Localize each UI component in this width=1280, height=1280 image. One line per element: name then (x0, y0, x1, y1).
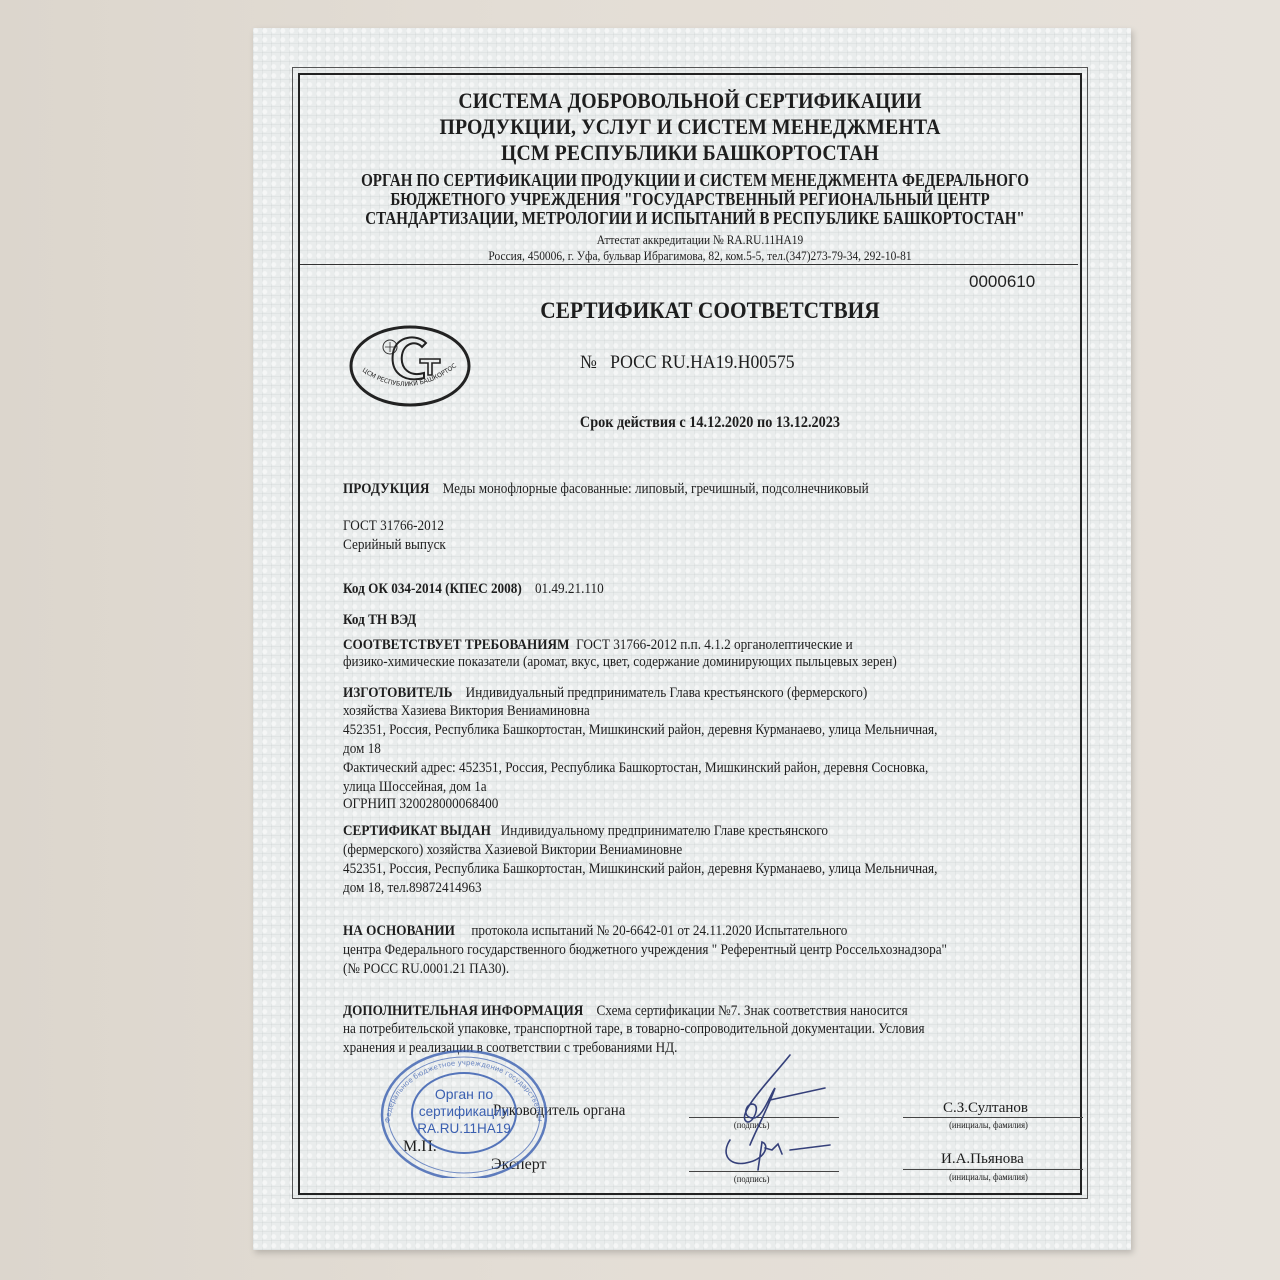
organ-line-2: БЮДЖЕТНОГО УЧРЕЖДЕНИЯ "ГОСУДАРСТВЕННЫЙ Р… (337, 189, 1042, 210)
validity-period: Срок действия с 14.12.2020 по 13.12.2023 (333, 414, 1087, 432)
okpd-code-row: Код ОК 034-2014 (КПЕС 2008) 01.49.21.110 (343, 580, 604, 599)
manufacturer-line-3: 452351, Россия, Республика Башкортостан,… (343, 721, 937, 740)
expert-name-caption: (инициалы, фамилия) (949, 1172, 1028, 1182)
expert-name-line (903, 1169, 1083, 1170)
additional-info-row: ДОПОЛНИТЕЛЬНАЯ ИНФОРМАЦИЯ Схема сертифик… (343, 1002, 908, 1021)
manufacturer-line-2: хозяйства Хазиева Виктория Вениаминовна (343, 702, 590, 721)
round-seal-icon: Федеральное бюджетное учреждение государ… (368, 1043, 556, 1178)
system-title-line-1: СИСТЕМА ДОБРОВОЛЬНОЙ СЕРТИФИКАЦИИ (339, 88, 1041, 114)
certificate-number: № РОСС RU.HA19.H00575 (580, 352, 795, 374)
tnved-code-label: Код ТН ВЭД (343, 612, 416, 628)
product-row: ПРОДУКЦИЯ Меды монофлорные фасованные: л… (343, 480, 869, 499)
head-name-line (903, 1117, 1083, 1118)
product-value: Меды монофлорные фасованные: липовый, гр… (443, 481, 869, 497)
manufacturer-line-7: ОГРНИП 320028000068400 (343, 795, 498, 814)
certificate-number-value: РОСС RU.HA19.H00575 (610, 352, 795, 373)
issued-to-line-4: дом 18, тел.89872414963 (343, 879, 482, 898)
serial-number: 0000610 (969, 272, 1035, 292)
seal-line-3: RA.RU.11HA19 (417, 1121, 511, 1136)
manufacturer-row: ИЗГОТОВИТЕЛЬ Индивидуальный предпринимат… (343, 684, 867, 703)
additional-info-line-2: на потребительской упаковке, транспортно… (343, 1020, 925, 1039)
product-release: Серийный выпуск (343, 536, 446, 555)
issued-to-line-1: Индивидуальному предпринимателю Главе кр… (501, 823, 828, 839)
seal-line-2: сертификации (419, 1104, 509, 1119)
expert-name: И.А.Пьянова (941, 1151, 1024, 1168)
seal-line-1: Орган по (435, 1086, 493, 1102)
okpd-code-value: 01.49.21.110 (535, 581, 604, 597)
requirements-line-2: физико-химические показатели (аромат, вк… (343, 653, 897, 672)
manufacturer-line-4: дом 18 (343, 740, 381, 759)
manufacturer-label: ИЗГОТОВИТЕЛЬ (343, 685, 452, 701)
issued-to-line-3: 452351, Россия, Республика Башкортостан,… (343, 860, 937, 879)
basis-line-2: центра Федерального государственного бюд… (343, 941, 947, 960)
okpd-code-label: Код ОК 034-2014 (КПЕС 2008) (343, 581, 522, 597)
certificate-title: СЕРТИФИКАТ СООТВЕТСТВИЯ (329, 298, 1092, 324)
requirements-label: СООТВЕТСТВУЕТ ТРЕБОВАНИЯМ (343, 637, 569, 653)
organ-line-3: СТАНДАРТИЗАЦИИ, МЕТРОЛОГИИ И ИСПЫТАНИЙ В… (342, 208, 1047, 229)
basis-line-3: (№ РОСС RU.0001.21 ПА30). (343, 960, 509, 979)
requirements-line-1: ГОСТ 31766-2012 п.п. 4.1.2 органолептиче… (576, 637, 853, 653)
cst-logo-icon: ЦСМ РЕСПУБЛИКИ БАШКОРТОСТАН (348, 323, 472, 409)
certificate-number-prefix: № (580, 352, 597, 373)
additional-info-line-1: Схема сертификации №7. Знак соответствия… (596, 1003, 907, 1019)
manufacturer-line-5: Фактический адрес: 452351, Россия, Респу… (343, 759, 928, 778)
system-title-line-3: ЦСМ РЕСПУБЛИКИ БАШКОРТОСТАН (339, 140, 1041, 166)
basis-line-1: протокола испытаний № 20-6642-01 от 24.1… (471, 923, 847, 939)
handwritten-signature-icon (700, 1050, 840, 1180)
basis-row: НА ОСНОВАНИИ протокола испытаний № 20-66… (343, 922, 847, 941)
tnved-code-row: Код ТН ВЭД (343, 611, 416, 630)
requirements-row: СООТВЕТСТВУЕТ ТРЕБОВАНИЯМ ГОСТ 31766-201… (343, 636, 853, 655)
issued-to-line-2: (фермерского) хозяйства Хазиевой Виктори… (343, 841, 682, 860)
header-divider (300, 264, 1078, 265)
head-name: С.З.Султанов (943, 1100, 1028, 1117)
product-standard: ГОСТ 31766-2012 (343, 517, 444, 536)
organ-address: Россия, 450006, г. Уфа, бульвар Ибрагимо… (348, 248, 1052, 264)
issued-to-label: СЕРТИФИКАТ ВЫДАН (343, 823, 491, 839)
system-title-line-2: ПРОДУКЦИИ, УСЛУГ И СИСТЕМ МЕНЕДЖМЕНТА (339, 114, 1041, 140)
product-label: ПРОДУКЦИЯ (343, 481, 429, 497)
basis-label: НА ОСНОВАНИИ (343, 923, 455, 939)
manufacturer-line-1: Индивидуальный предприниматель Глава кре… (466, 685, 868, 701)
head-name-caption: (инициалы, фамилия) (949, 1120, 1028, 1130)
manufacturer-line-6: улица Шоссейная, дом 1а (343, 778, 487, 797)
organ-line-1: ОРГАН ПО СЕРТИФИКАЦИИ ПРОДУКЦИИ И СИСТЕМ… (347, 170, 1044, 191)
issued-to-row: СЕРТИФИКАТ ВЫДАН Индивидуальному предпри… (343, 822, 828, 841)
accreditation: Аттестат аккредитации № RA.RU.11HA19 (357, 232, 1043, 248)
additional-info-label: ДОПОЛНИТЕЛЬНАЯ ИНФОРМАЦИЯ (343, 1003, 583, 1019)
